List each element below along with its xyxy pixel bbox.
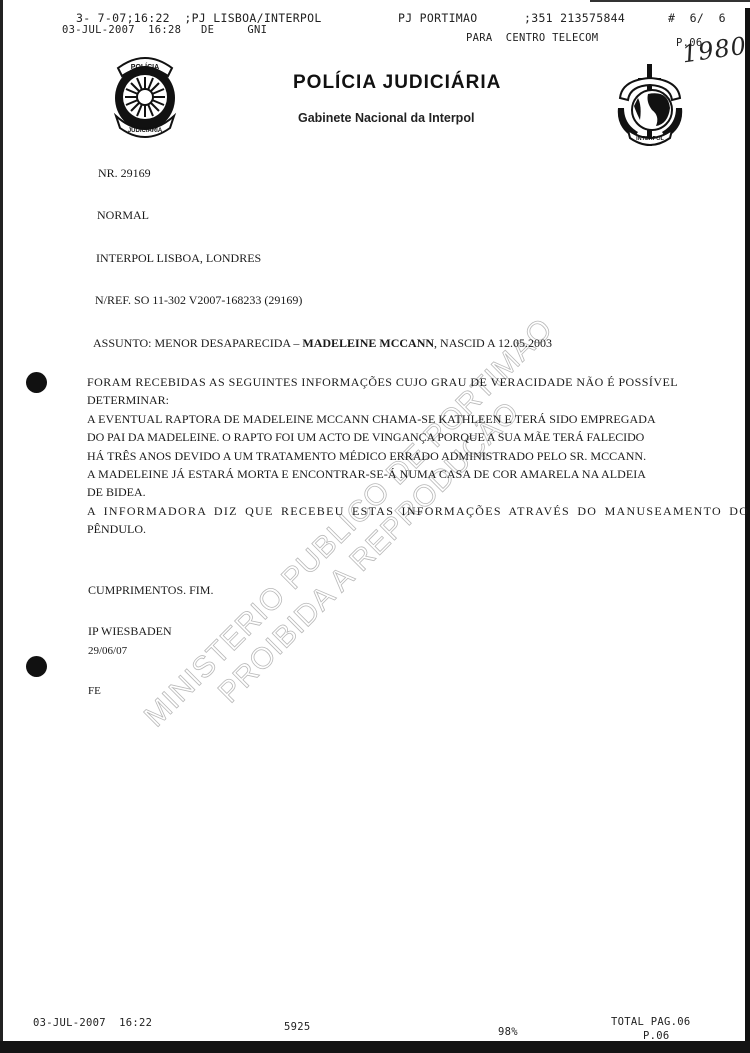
fax-footer-page: P.06 [643, 1030, 670, 1042]
letterhead-title: POLÍCIA JUDICIÁRIA [293, 72, 501, 94]
fax-header-sender: PJ PORTIMAO [398, 11, 477, 25]
message-number: NR. 29169 [98, 166, 151, 181]
letterhead-subtitle: Gabinete Nacional da Interpol [298, 111, 474, 125]
scan-edge-left [0, 0, 3, 1053]
body-line: FORAM RECEBIDAS AS SEGUINTES INFORMAÇÕES… [87, 373, 687, 391]
interpol-emblem-icon: INTERPOL [612, 62, 688, 150]
scan-edge-top [590, 0, 750, 2]
message-initials: FE [88, 685, 101, 697]
body-line: DETERMINAR: [87, 391, 687, 409]
fax-footer-datetime: 03-JUL-2007 16:22 [33, 1017, 152, 1029]
body-line: HÁ TRÊS ANOS DEVIDO A UM TRATAMENTO MÉDI… [87, 447, 687, 465]
message-date: 29/06/07 [88, 645, 127, 657]
fax-header-recipient: PARA CENTRO TELECOM [466, 32, 598, 44]
body-line: PÊNDULO. [87, 520, 687, 538]
fax-footer-total-pages: TOTAL PAG.06 [611, 1016, 690, 1028]
message-closing: CUMPRIMENTOS. FIM. [88, 583, 213, 598]
fax-footer-quality: 98% [498, 1026, 518, 1038]
fax-footer-code: 5925 [284, 1021, 311, 1033]
fax-page: 3- 7-07;16:22 ;PJ LISBOA/INTERPOL PJ POR… [0, 0, 750, 1053]
body-line: A MADELEINE JÁ ESTARÁ MORTA E ENCONTRAR-… [87, 465, 687, 483]
scan-edge-right [745, 8, 750, 1053]
message-reference: N/REF. SO 11-302 V2007-168233 (29169) [95, 293, 302, 308]
scan-edge-bottom [0, 1041, 750, 1053]
message-subject: ASSUNTO: MENOR DESAPARECIDA – MADELEINE … [93, 336, 552, 351]
fax-header-phone: ;351 213575844 [524, 11, 625, 25]
subject-suffix: , NASCID A 12.05.2003 [434, 336, 552, 350]
svg-text:JUDICIÁRIA: JUDICIÁRIA [128, 127, 163, 134]
punch-hole [26, 372, 47, 393]
body-line: A EVENTUAL RAPTORA DE MADELEINE MCCANN C… [87, 410, 687, 428]
policia-judiciaria-emblem-icon: POLÍCIA JUDICIÁRIA [108, 50, 182, 142]
fax-header-page-count: # 6/ 6 [668, 11, 726, 25]
message-body: FORAM RECEBIDAS AS SEGUINTES INFORMAÇÕES… [87, 373, 687, 539]
body-line: DE BIDEA. [87, 483, 687, 501]
body-line: DO PAI DA MADELEINE. O RAPTO FOI UM ACTO… [87, 428, 687, 446]
subject-prefix: ASSUNTO: MENOR DESAPARECIDA – [93, 336, 302, 350]
body-line: A INFORMADORA DIZ QUE RECEBEU ESTAS INFO… [87, 502, 687, 520]
fax-header-received: 03-JUL-2007 16:28 DE GNI [62, 24, 267, 36]
punch-hole [26, 656, 47, 677]
fax-header-origin: 3- 7-07;16:22 ;PJ LISBOA/INTERPOL [76, 11, 322, 25]
message-priority: NORMAL [97, 208, 149, 223]
subject-name: MADELEINE MCCANN [302, 336, 434, 350]
message-sender: IP WIESBADEN [88, 624, 172, 639]
svg-text:INTERPOL: INTERPOL [636, 136, 664, 142]
message-route: INTERPOL LISBOA, LONDRES [96, 251, 261, 266]
